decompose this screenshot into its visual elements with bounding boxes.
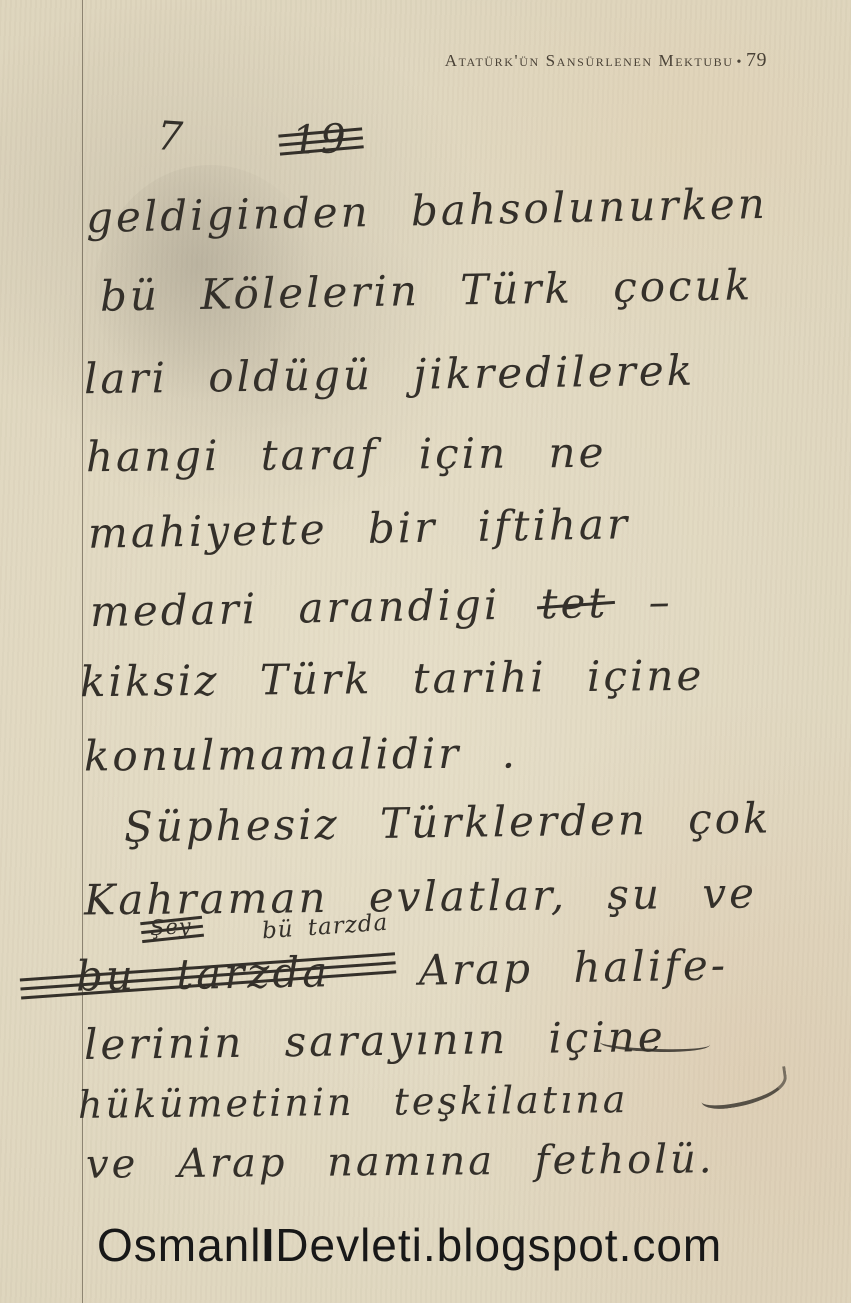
handwritten-text: konulmamalidir . xyxy=(84,728,518,780)
handwritten-text: ve Arap namına fetholü. xyxy=(86,1136,715,1187)
manuscript-line: Şüphesiz Türklerden çok xyxy=(124,795,772,850)
handwritten-text: hükümetinin teşkilatına xyxy=(78,1077,629,1127)
struck-number-text: 19 xyxy=(291,117,349,163)
watermark-suffix: Devleti.blogspot.com xyxy=(275,1219,722,1271)
header-separator: • xyxy=(733,55,746,70)
handwritten-text: Şüphesiz Türklerden çok xyxy=(124,793,772,851)
manuscript-line: ve Arap namına fetholü. xyxy=(86,1137,715,1186)
manuscript-line: bu tarzda Arap halife- xyxy=(76,942,729,1000)
handwritten-text: – xyxy=(648,577,673,626)
handwritten-text: kiksiz Türk tarihi içine xyxy=(80,651,705,707)
manuscript-line: hangi taraf için ne xyxy=(86,430,607,481)
handwritten-text: lerinin sarayının içine xyxy=(84,1012,666,1069)
struck-word: bu tarzda xyxy=(76,949,331,1000)
handwritten-text: medari arandigi xyxy=(90,580,501,636)
manuscript-line: medari arandigi tet – xyxy=(90,579,673,635)
crossed-out-number: 19 xyxy=(291,117,349,163)
header-page-number: 79 xyxy=(746,49,767,71)
header-title: Atatürk'ün Sansürlenen Mektubu xyxy=(445,51,734,70)
crossed-small-word: Şey xyxy=(149,915,192,940)
manuscript-line: lerinin sarayının içine xyxy=(84,1014,666,1068)
manuscript-line: konulmamalidir . xyxy=(84,730,518,779)
scanned-book-page: Atatürk'ün Sansürlenen Mektubu•79 7 19 g… xyxy=(0,0,851,1303)
struck-word: tet xyxy=(540,580,608,627)
watermark-divider: I xyxy=(261,1219,275,1271)
manuscript-line: bü Kölelerin Türk çocuk xyxy=(100,262,754,320)
handwritten-text: mahiyette bir iftihar xyxy=(88,499,631,557)
watermark-url: OsmanlIDevleti.blogspot.com xyxy=(97,1218,722,1272)
manuscript-line: hükümetinin teşkilatına xyxy=(78,1079,629,1127)
handwritten-text: bü Kölelerin Türk çocuk xyxy=(100,260,754,320)
manuscript-line: kiksiz Türk tarihi içine xyxy=(80,653,705,706)
manuscript-line: mahiyette bir iftihar xyxy=(88,501,631,557)
handwritten-text: hangi taraf için ne xyxy=(86,428,607,482)
handwritten-text: Arap halife- xyxy=(418,940,728,994)
handwritten-text: lari oldügü jikredilerek xyxy=(84,346,696,404)
watermark-prefix: Osmanl xyxy=(97,1219,261,1271)
running-header: Atatürk'ün Sansürlenen Mektubu•79 xyxy=(445,49,767,72)
manuscript-line: lari oldügü jikredilerek xyxy=(84,348,696,403)
pen-flourish xyxy=(698,1066,790,1112)
handwritten-sheet-number: 7 xyxy=(156,114,187,160)
struck-word: Şey xyxy=(149,915,192,940)
